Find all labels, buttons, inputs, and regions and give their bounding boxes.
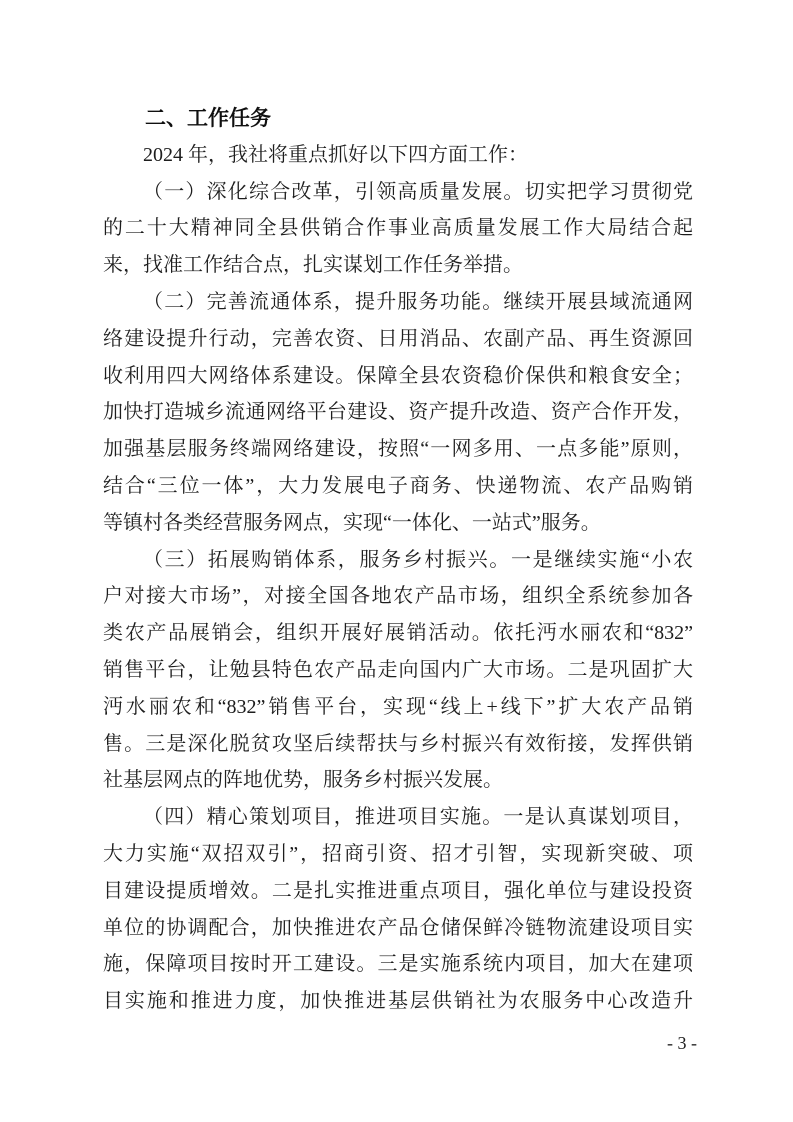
text-line: 售。三是深化脱贫攻坚后续帮扶与乡村振兴有效衔接，发挥供销 — [103, 726, 693, 763]
text-line: 户对接大市场”，对接全国各地农产品市场，组织全系统参加各 — [103, 578, 693, 615]
text-line: 目实施和推进力度，加快推进基层供销社为农服务中心改造升 — [103, 983, 693, 1020]
text-line: 加强基层服务终端网络建设，按照“一网多用、一点多能”原则， — [103, 431, 693, 468]
text-line: 来，找准工作结合点，扎实谋划工作任务举措。 — [103, 247, 693, 284]
text-line: 沔水丽农和“832”销售平台，实现“线上+线下”扩大农产品销 — [103, 689, 693, 726]
text-line: （二）完善流通体系，提升服务功能。继续开展县域流通网 — [103, 284, 693, 321]
text-line: （一）深化综合改革，引领高质量发展。切实把学习贯彻党 — [103, 174, 693, 211]
text-line: 加快打造城乡流通网络平台建设、资产提升改造、资产合作开发， — [103, 394, 693, 431]
text-line: 大力实施“双招双引”，招商引资、招才引智，实现新突破、项 — [103, 836, 693, 873]
text-line: 单位的协调配合，加快推进农产品仓储保鲜冷链物流建设项目实 — [103, 910, 693, 947]
paragraph-section-3: （三）拓展购销体系，服务乡村振兴。一是继续实施“小农户对接大市场”，对接全国各地… — [103, 542, 693, 800]
text-line: 的二十大精神同全县供销合作事业高质量发展工作大局结合起 — [103, 210, 693, 247]
paragraph-intro: 2024 年，我社将重点抓好以下四方面工作： — [103, 137, 693, 174]
text-line: 社基层网点的阵地优势，服务乡村振兴发展。 — [103, 762, 693, 799]
text-line: 施，保障项目按时开工建设。三是实施系统内项目，加大在建项 — [103, 946, 693, 983]
text-line: 目建设提质增效。二是扎实推进重点项目，强化单位与建设投资 — [103, 873, 693, 910]
section-heading: 二、工作任务 — [103, 100, 693, 137]
document-page: 二、工作任务 2024 年，我社将重点抓好以下四方面工作：（一）深化综合改革，引… — [0, 0, 793, 1122]
paragraphs-container: 2024 年，我社将重点抓好以下四方面工作：（一）深化综合改革，引领高质量发展。… — [103, 137, 693, 1020]
text-line: 类农产品展销会，组织开展好展销活动。依托沔水丽农和“832” — [103, 615, 693, 652]
text-line: 收利用四大网络体系建设。保障全县农资稳价保供和粮食安全； — [103, 358, 693, 395]
text-line: 络建设提升行动，完善农资、日用消品、农副产品、再生资源回 — [103, 321, 693, 358]
text-line: （四）精心策划项目，推进项目实施。一是认真谋划项目， — [103, 799, 693, 836]
paragraph-section-4: （四）精心策划项目，推进项目实施。一是认真谋划项目，大力实施“双招双引”，招商引… — [103, 799, 693, 1020]
text-line: 2024 年，我社将重点抓好以下四方面工作： — [103, 137, 693, 174]
text-line: 等镇村各类经营服务网点，实现“一体化、一站式”服务。 — [103, 505, 693, 542]
paragraph-section-2: （二）完善流通体系，提升服务功能。继续开展县域流通网络建设提升行动，完善农资、日… — [103, 284, 693, 542]
page-number: - 3 - — [667, 1032, 697, 1054]
text-line: （三）拓展购销体系，服务乡村振兴。一是继续实施“小农 — [103, 542, 693, 579]
text-line: 销售平台，让勉县特色农产品走向国内广大市场。二是巩固扩大 — [103, 652, 693, 689]
text-line: 结合“三位一体”，大力发展电子商务、快递物流、农产品购销 — [103, 468, 693, 505]
document-body: 二、工作任务 2024 年，我社将重点抓好以下四方面工作：（一）深化综合改革，引… — [103, 100, 693, 1020]
paragraph-section-1: （一）深化综合改革，引领高质量发展。切实把学习贯彻党的二十大精神同全县供销合作事… — [103, 174, 693, 284]
